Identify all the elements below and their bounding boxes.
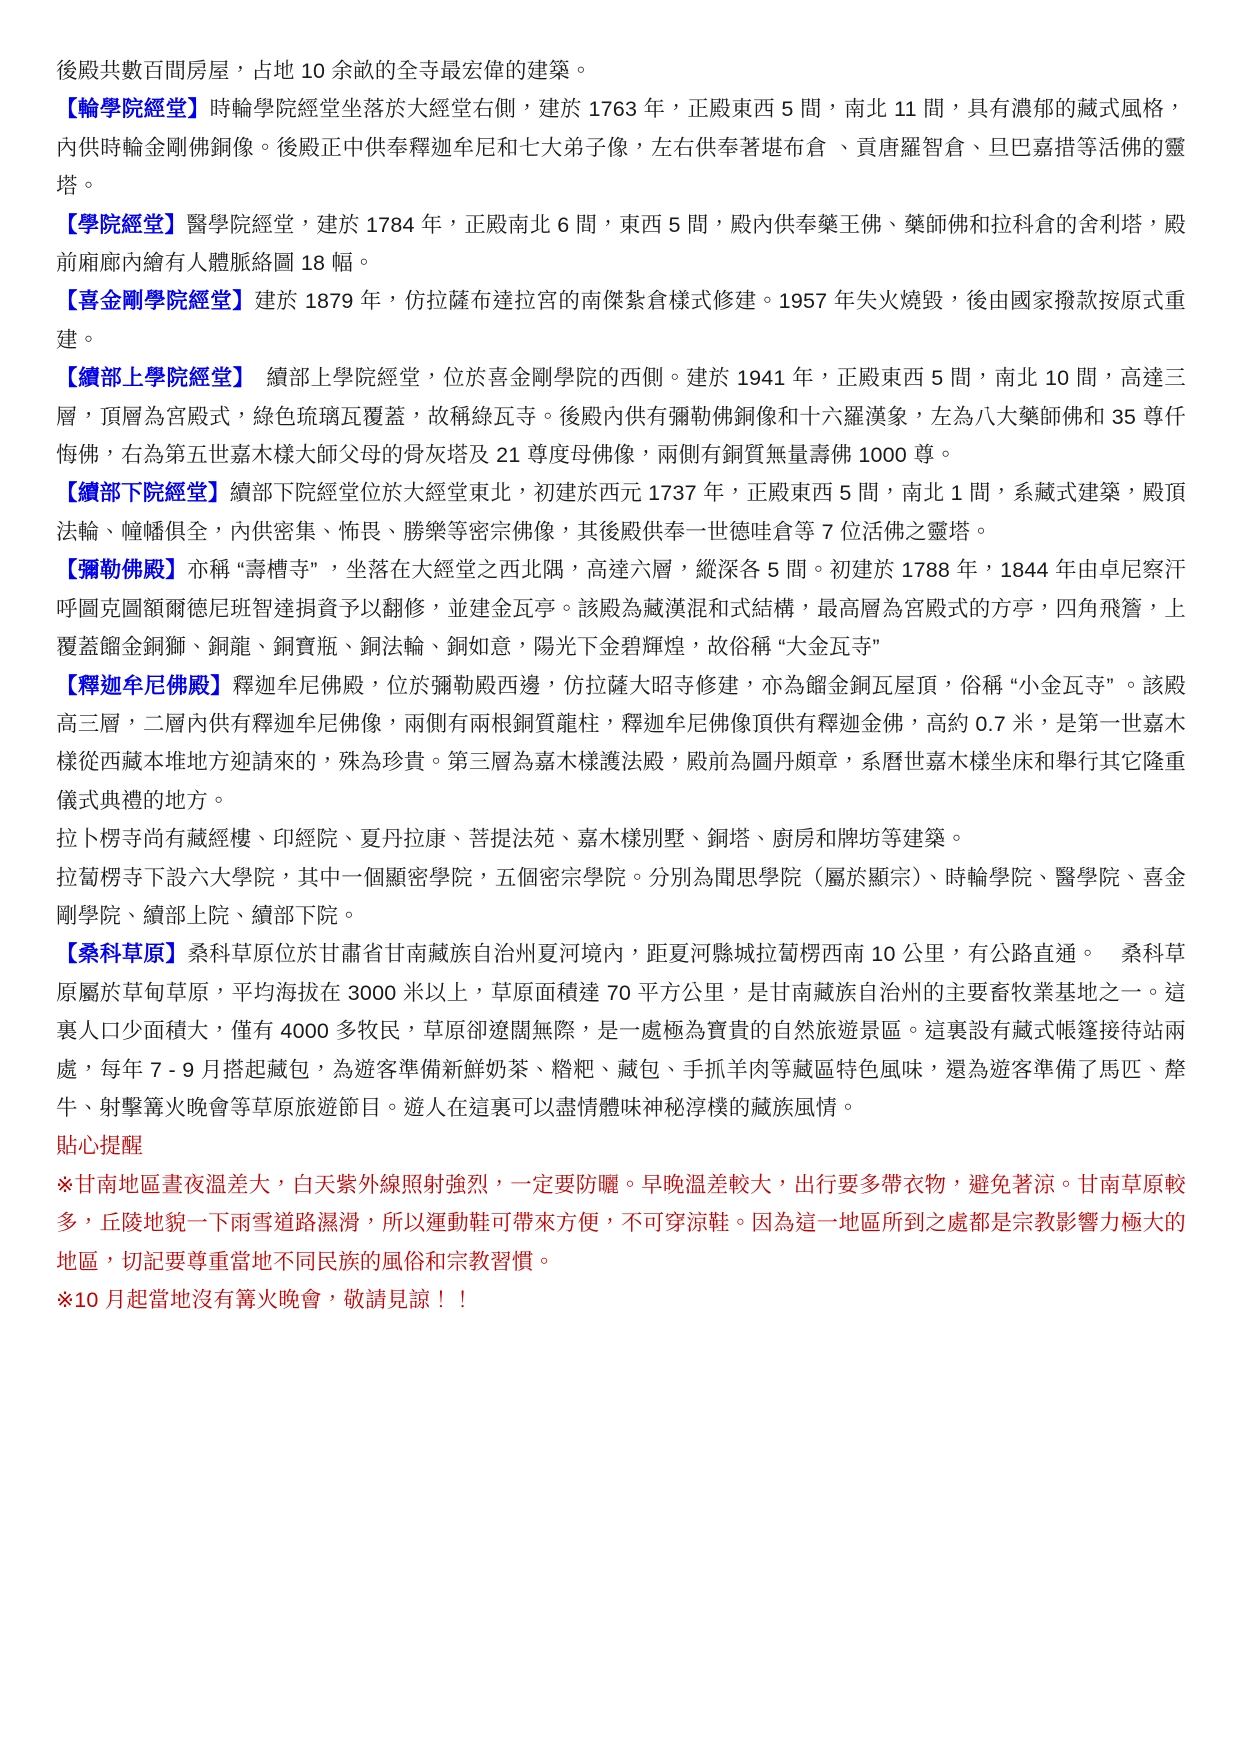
section-header: 【桑科草原】: [56, 942, 187, 966]
paragraph: 拉卜楞寺尚有藏經樓、印經院、夏丹拉康、菩提法苑、嘉木樣別墅、銅塔、廚房和牌坊等建…: [56, 820, 1186, 858]
document-page: 後殿共數百間房屋，占地 10 余畝的全寺最宏偉的建築。 【輪學院經堂】時輪學院經…: [0, 0, 1241, 1755]
section-header: 【喜金剛學院經堂】: [56, 289, 254, 313]
paragraph: 【桑科草原】桑科草原位於甘肅省甘南藏族自治州夏河境內，距夏河縣城拉蔔楞西南 10…: [56, 935, 1186, 1127]
paragraph-text: 桑科草原位於甘肅省甘南藏族自治州夏河境內，距夏河縣城拉蔔楞西南 10 公里，有公…: [56, 942, 1186, 1120]
paragraph-text: 醫學院經堂，建於 1784 年，正殿南北 6 間，東西 5 間，殿內供奉藥王佛、…: [56, 213, 1186, 275]
paragraph-text: 亦稱 “壽槽寺” ，坐落在大經堂之西北隅，高達六層，縱深各 5 間。初建於 17…: [56, 558, 1186, 659]
section-header: 【續部上學院經堂】: [56, 366, 244, 390]
paragraph: 【續部下院經堂】續部下院經堂位於大經堂東北，初建於西元 1737 年，正殿東西 …: [56, 474, 1186, 551]
section-header: 【續部下院經堂】: [56, 481, 230, 505]
paragraph: 【學院經堂】醫學院經堂，建於 1784 年，正殿南北 6 間，東西 5 間，殿內…: [56, 206, 1186, 283]
paragraph-text: ※甘南地區晝夜溫差大，白天紫外線照射強烈，一定要防曬。早晚溫差較大，出行要多帶衣…: [56, 1173, 1186, 1274]
notice-paragraph: ※10 月起當地沒有篝火晚會，敬請見諒！！: [56, 1281, 1186, 1319]
section-header: 【彌勒佛殿】: [56, 558, 187, 582]
paragraph-text: ※10 月起當地沒有篝火晚會，敬請見諒！！: [56, 1288, 474, 1312]
paragraph: 【續部上學院經堂】 續部上學院經堂，位於喜金剛學院的西側。建於 1941 年，正…: [56, 359, 1186, 474]
paragraph: 【彌勒佛殿】亦稱 “壽槽寺” ，坐落在大經堂之西北隅，高達六層，縱深各 5 間。…: [56, 551, 1186, 666]
reminder-heading: 貼心提醒: [56, 1127, 1186, 1165]
paragraph: 後殿共數百間房屋，占地 10 余畝的全寺最宏偉的建築。: [56, 52, 1186, 90]
section-header: 【輪學院經堂】: [56, 97, 209, 121]
paragraph: 【釋迦牟尼佛殿】釋迦牟尼佛殿，位於彌勒殿西邊，仿拉薩大昭寺修建，亦為餾金銅瓦屋頂…: [56, 667, 1186, 821]
paragraph-text: 貼心提醒: [56, 1134, 143, 1158]
paragraph: 【喜金剛學院經堂】建於 1879 年，仿拉薩布達拉宮的南傑紮倉樣式修建。1957…: [56, 282, 1186, 359]
paragraph-text: 後殿共數百間房屋，占地 10 余畝的全寺最宏偉的建築。: [56, 59, 592, 83]
paragraph: 【輪學院經堂】時輪學院經堂坐落於大經堂右側，建於 1763 年，正殿東西 5 間…: [56, 90, 1186, 205]
section-header: 【學院經堂】: [56, 213, 186, 237]
notice-paragraph: ※甘南地區晝夜溫差大，白天紫外線照射強烈，一定要防曬。早晚溫差較大，出行要多帶衣…: [56, 1166, 1186, 1281]
paragraph-text: 時輪學院經堂坐落於大經堂右側，建於 1763 年，正殿東西 5 間，南北 11 …: [56, 97, 1186, 198]
paragraph: 拉蔔楞寺下設六大學院，其中一個顯密學院，五個密宗學院。分別為聞思學院（屬於顯宗）…: [56, 859, 1186, 936]
paragraph-text: 拉蔔楞寺下設六大學院，其中一個顯密學院，五個密宗學院。分別為聞思學院（屬於顯宗）…: [56, 866, 1186, 928]
section-header: 【釋迦牟尼佛殿】: [56, 674, 232, 698]
paragraph-text: 拉卜楞寺尚有藏經樓、印經院、夏丹拉康、菩提法苑、嘉木樣別墅、銅塔、廚房和牌坊等建…: [56, 827, 967, 851]
